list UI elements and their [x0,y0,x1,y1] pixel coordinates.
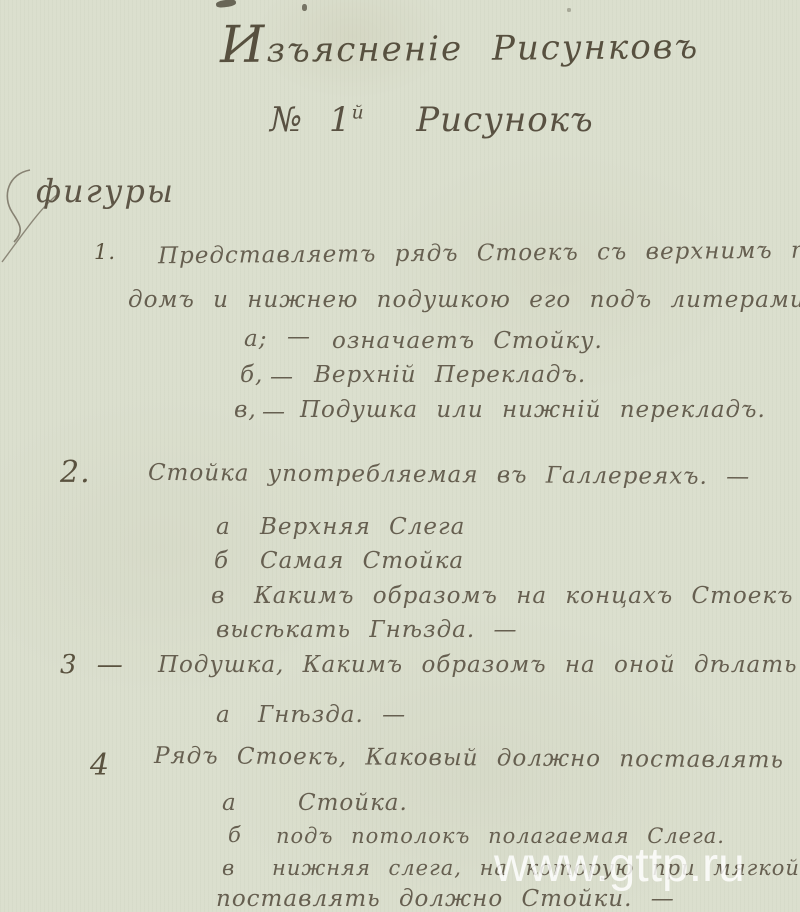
subitem-text: Подушка или нижній перекладъ. [300,397,766,423]
subitem-letter: б [214,548,229,574]
drawing-number-ordinal: й [352,103,365,124]
subitem-letter: в [222,856,235,880]
item-text-line: домъ и нижнею подушкою его подъ литерами [128,287,800,313]
subitem-letter: б, [240,362,263,388]
subitem-letter: б [228,823,242,847]
page-title: Изъясненіе Рисунковъ [220,12,700,75]
item-text-line: Рядъ Стоекъ, Каковый должно поставлять в… [154,743,800,775]
figures-label: фигуры [36,172,175,210]
item-text-line: Стойка употребляемая въ Галлереяхъ. — [148,460,750,490]
paper-speck [216,0,237,8]
subitem-letter: а [216,702,231,728]
subitem-letter: в, [234,397,257,423]
manuscript-page: Изъясненіе Рисунковъ № 1й Рисунокъ фигур… [0,0,800,912]
subitem-text: означаетъ Стойку. [332,328,603,354]
item-text-line: Подушка, Какимъ образомъ на оной дѣлать … [158,652,800,678]
paper-speck [567,8,571,12]
site-watermark: www.gttp.ru [494,838,745,893]
drawing-title-word: Рисунокъ [416,100,593,140]
subitem-letter: а [216,514,231,540]
paper-speck [302,4,307,11]
item-number: 2. [60,455,91,490]
subitem-text: Какимъ образомъ на концахъ Стоекъ должно [254,583,800,609]
subitem-letter: а; [244,326,267,352]
subitem-text: Стойка. [298,790,408,816]
subitem-text-continued: высѣкать Гнѣзда. — [216,617,518,643]
subitem-letter: а [222,790,237,816]
subitem-text: Самая Стойка [260,548,464,574]
subitem-dash: — [270,364,294,390]
subitem-letter: в [211,583,225,609]
drawing-number-prefix: № 1 [270,100,352,140]
item-number: 3 — [60,650,124,680]
subitem-text: Гнѣзда. — [258,702,406,728]
drawing-number-heading: № 1й Рисунокъ [270,100,594,140]
item-text-line: Представляетъ рядъ Стоекъ съ верхнимъ пе… [158,237,800,269]
subitem-text: Верхняя Слега [260,514,465,540]
subitem-text: Верхній Перекладъ. [314,362,586,388]
item-number: 4 [90,748,110,783]
subitem-dash: — [262,399,286,425]
subitem-dash: — [287,324,311,350]
item-number: 1. [94,240,116,264]
